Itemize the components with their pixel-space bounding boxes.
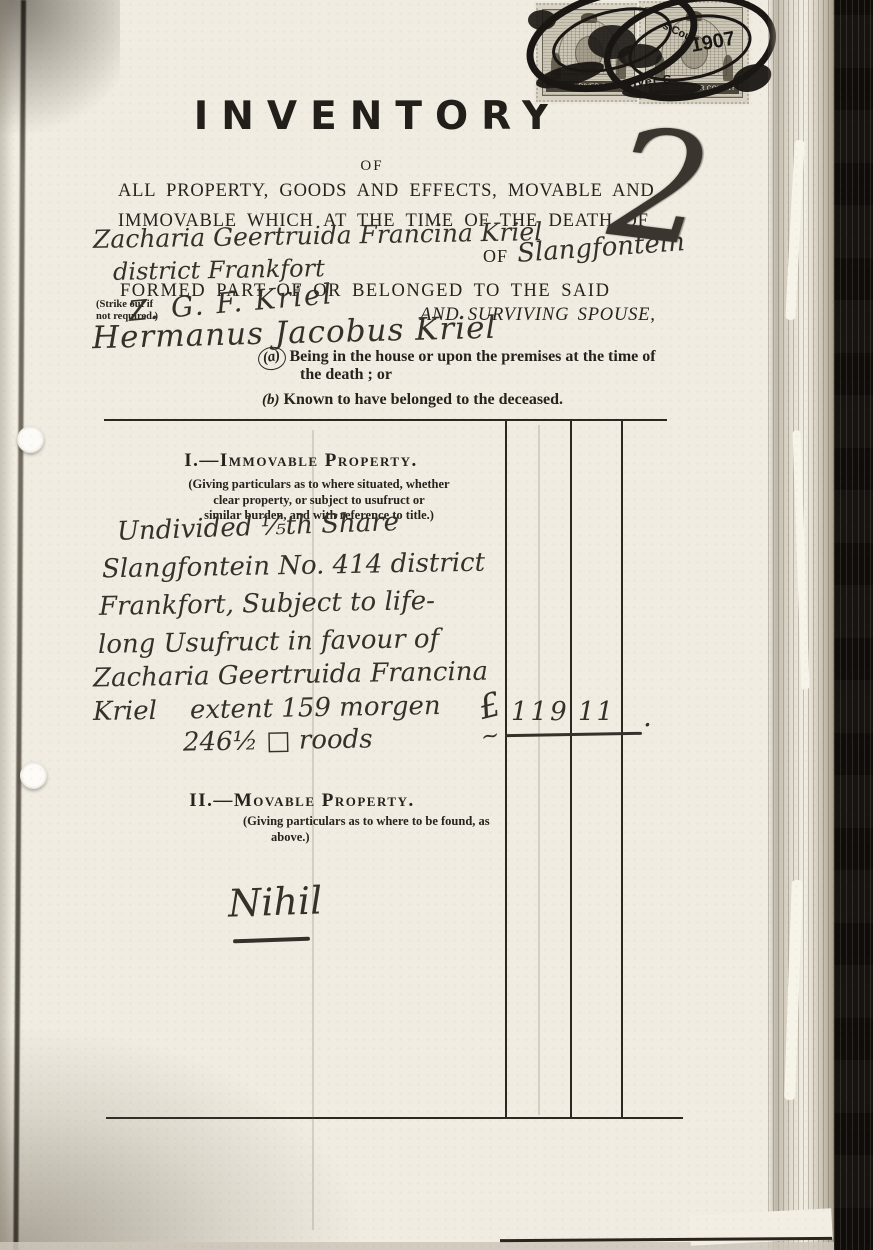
punch-hole bbox=[17, 426, 44, 453]
note-line: (Giving particulars as to where situated… bbox=[188, 477, 450, 493]
clause-a-continued: the death ; or bbox=[300, 366, 392, 384]
note-line: above.) bbox=[271, 830, 505, 846]
section-2-note: (Giving particulars as to where to be fo… bbox=[243, 814, 505, 845]
punch-hole bbox=[20, 762, 47, 789]
amount-pence: . bbox=[643, 700, 652, 733]
inventory-document-page: ORANGE RIVER COLONY ORANGE RIVER COLONY bbox=[0, 0, 873, 1250]
note-line: clear property, or subject to usufruct o… bbox=[188, 493, 450, 509]
clause-b: (b) Known to have belonged to the deceas… bbox=[262, 391, 563, 409]
pencil-page-number: 2 bbox=[603, 107, 718, 270]
amount-shillings: 11 bbox=[578, 697, 615, 727]
clause-a-text-2: the death ; or bbox=[300, 366, 392, 383]
clause-a-text-1: Being in the house or upon the premises … bbox=[290, 348, 656, 365]
table-column-line-2 bbox=[570, 419, 572, 1117]
note-line: (Giving particulars as to where to be fo… bbox=[243, 814, 505, 830]
clause-b-marker: (b) bbox=[262, 392, 280, 408]
paper-fold-crease bbox=[538, 425, 540, 1115]
pen-flourish: ~ bbox=[479, 723, 501, 751]
table-column-line-1 bbox=[505, 419, 507, 1117]
clause-b-text: Known to have belonged to the deceased. bbox=[284, 391, 564, 408]
nihil-underline bbox=[233, 937, 310, 943]
bottom-left-smudge bbox=[0, 1030, 360, 1250]
of-label-small: OF bbox=[483, 246, 508, 267]
section-1-heading: I.—Immovable Property. bbox=[160, 450, 442, 472]
immovable-entry-line: Zacharia Geertruida Francina bbox=[93, 657, 489, 694]
intro-line-1: ALL PROPERTY, GOODS AND EFFECTS, MOVABLE… bbox=[118, 181, 655, 202]
immovable-entry-line: Kriel extent 159 morgen bbox=[93, 691, 441, 727]
handwritten-nihil-entry: Nihil bbox=[227, 878, 323, 925]
immovable-entry-line: long Usufruct in favour of bbox=[98, 624, 440, 660]
table-column-line-3 bbox=[621, 419, 623, 1117]
immovable-entry-line: Undivided ⅕th Share bbox=[117, 507, 400, 547]
table-top-rule bbox=[104, 419, 667, 421]
corner-shading bbox=[0, 0, 120, 180]
immovable-entry-line: Slangfontein No. 414 district bbox=[102, 548, 486, 585]
immovable-entry-line: Frankfort, Subject to life- bbox=[99, 586, 435, 622]
section-2-heading: II.—Movable Property. bbox=[161, 790, 443, 812]
handwritten-pound-sign: £ bbox=[475, 684, 505, 727]
clause-a-marker: (a) bbox=[256, 345, 287, 372]
title-of-label: OF bbox=[133, 158, 611, 175]
immovable-entry-line: 246½ □ roods bbox=[183, 724, 373, 757]
book-binding-edge bbox=[834, 0, 873, 1250]
amount-pounds: 119 bbox=[511, 697, 570, 727]
